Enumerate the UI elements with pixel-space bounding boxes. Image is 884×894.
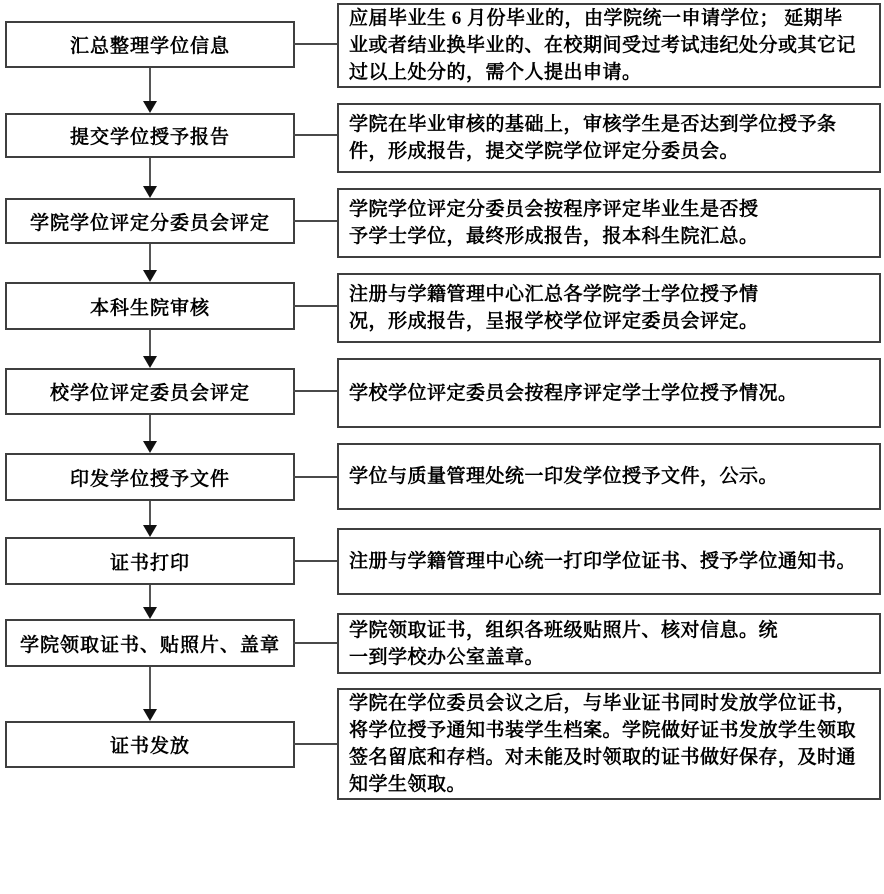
down-arrow-line <box>149 667 151 709</box>
description-box-2: 学院在毕业审核的基础上，审核学生是否达到学位授予条 件，形成报告，提交学院学位评… <box>337 103 881 173</box>
connector-line <box>293 390 339 392</box>
description-text: 注册与学籍管理中心汇总各学院学士学位授予情 况，形成报告，呈报学校学位评定委员会… <box>349 281 759 335</box>
flow-step-label: 印发学位授予文件 <box>70 464 230 491</box>
description-box-8: 学院领取证书，组织各班级贴照片、核对信息。统 一到学校办公室盖章。 <box>337 613 881 674</box>
connector-line <box>293 560 339 562</box>
description-text: 学院学位评定分委员会按程序评定毕业生是否授 予学士学位，最终形成报告，报本科生院… <box>349 196 759 250</box>
description-box-6: 学位与质量管理处统一印发学位授予文件，公示。 <box>337 443 881 510</box>
connector-line <box>293 476 339 478</box>
flowchart-canvas: 汇总整理学位信息 应届毕业生 6 月份毕业的，由学院统一申请学位； 延期毕 业或… <box>0 0 884 894</box>
description-text: 应届毕业生 6 月份毕业的，由学院统一申请学位； 延期毕 业或者结业换毕业的、在… <box>349 5 856 86</box>
down-arrow-line <box>149 585 151 607</box>
flow-step-label: 校学位评定委员会评定 <box>50 378 250 405</box>
connector-line <box>293 134 339 136</box>
connector-line <box>293 305 339 307</box>
down-arrow-head <box>143 709 157 721</box>
description-box-3: 学院学位评定分委员会按程序评定毕业生是否授 予学士学位，最终形成报告，报本科生院… <box>337 188 881 258</box>
flow-step-label: 本科生院审核 <box>90 293 210 320</box>
flow-step-box-5: 校学位评定委员会评定 <box>5 368 295 415</box>
description-text: 学位与质量管理处统一印发学位授予文件，公示。 <box>349 463 778 490</box>
flow-step-label: 证书发放 <box>110 731 190 758</box>
flow-step-label: 汇总整理学位信息 <box>70 31 230 58</box>
connector-line <box>293 642 339 644</box>
description-text: 学院领取证书，组织各班级贴照片、核对信息。统 一到学校办公室盖章。 <box>349 617 778 671</box>
down-arrow-head <box>143 525 157 537</box>
down-arrow-line <box>149 415 151 441</box>
description-text: 学院在毕业审核的基础上，审核学生是否达到学位授予条 件，形成报告，提交学院学位评… <box>349 111 837 165</box>
description-box-5: 学校学位评定委员会按程序评定学士学位授予情况。 <box>337 358 881 428</box>
flow-step-label: 学院领取证书、贴照片、盖章 <box>20 630 280 657</box>
down-arrow-line <box>149 158 151 186</box>
down-arrow-line <box>149 501 151 525</box>
down-arrow-head <box>143 186 157 198</box>
flow-step-box-2: 提交学位授予报告 <box>5 113 295 158</box>
flow-step-label: 证书打印 <box>110 548 190 575</box>
flow-step-box-3: 学院学位评定分委员会评定 <box>5 198 295 244</box>
down-arrow-head <box>143 441 157 453</box>
description-box-4: 注册与学籍管理中心汇总各学院学士学位授予情 况，形成报告，呈报学校学位评定委员会… <box>337 273 881 343</box>
down-arrow-line <box>149 244 151 270</box>
connector-line <box>293 743 339 745</box>
description-text: 注册与学籍管理中心统一打印学位证书、授予学位通知书。 <box>349 548 856 575</box>
connector-line <box>293 220 339 222</box>
connector-line <box>293 43 339 45</box>
flow-step-box-1: 汇总整理学位信息 <box>5 21 295 68</box>
down-arrow-head <box>143 356 157 368</box>
flow-step-box-9: 证书发放 <box>5 721 295 768</box>
flow-step-box-7: 证书打印 <box>5 537 295 585</box>
flow-step-box-6: 印发学位授予文件 <box>5 453 295 501</box>
down-arrow-line <box>149 330 151 356</box>
down-arrow-line <box>149 68 151 101</box>
flow-step-label: 学院学位评定分委员会评定 <box>30 208 270 235</box>
down-arrow-head <box>143 270 157 282</box>
description-text: 学院在学位委员会议之后，与毕业证书同时发放学位证书， 将学位授予通知书装学生档案… <box>349 690 856 798</box>
flow-step-box-4: 本科生院审核 <box>5 282 295 330</box>
description-box-1: 应届毕业生 6 月份毕业的，由学院统一申请学位； 延期毕 业或者结业换毕业的、在… <box>337 3 881 88</box>
down-arrow-head <box>143 101 157 113</box>
flow-step-label: 提交学位授予报告 <box>70 122 230 149</box>
flow-step-box-8: 学院领取证书、贴照片、盖章 <box>5 619 295 667</box>
description-box-7: 注册与学籍管理中心统一打印学位证书、授予学位通知书。 <box>337 528 881 595</box>
description-box-9: 学院在学位委员会议之后，与毕业证书同时发放学位证书， 将学位授予通知书装学生档案… <box>337 688 881 800</box>
description-text: 学校学位评定委员会按程序评定学士学位授予情况。 <box>349 380 798 407</box>
down-arrow-head <box>143 607 157 619</box>
